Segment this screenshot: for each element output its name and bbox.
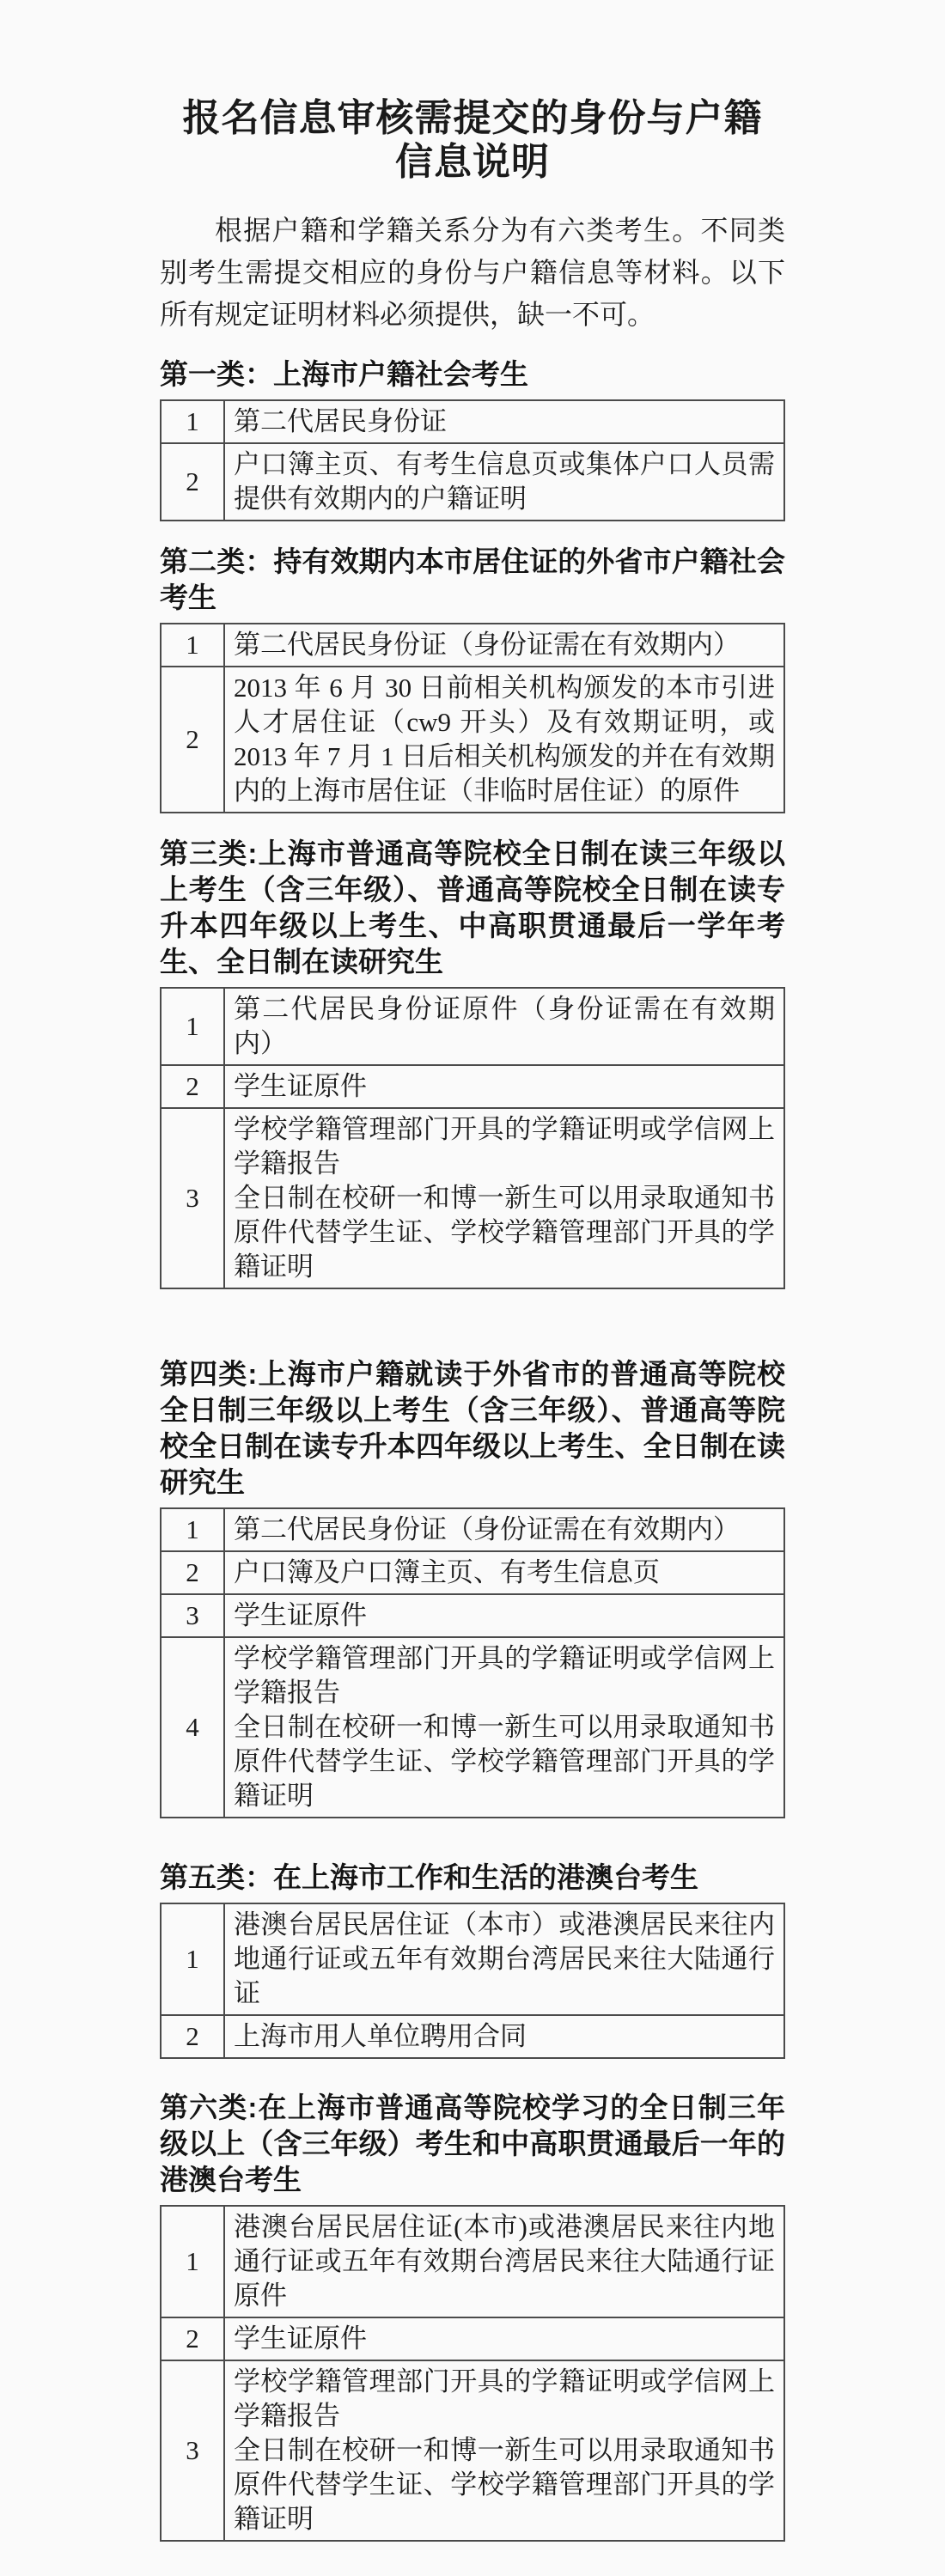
row-text-cell: 学校学籍管理部门开具的学籍证明或学信网上学籍报告全日制在校研一和博一新生可以用录…	[224, 1637, 784, 1818]
table-row: 2 学生证原件	[161, 1065, 784, 1108]
requirements-table-body: 1 第二代居民身份证（身份证需在有效期内） 2 户口簿及户口簿主页、有考生信息页…	[161, 1508, 784, 1818]
cell-line: 全日制在校研一和博一新生可以用录取通知书原件代替学生证、学校学籍管理部门开具的学…	[234, 1710, 775, 1813]
cell-line: 第二代居民身份证原件（身份证需在有效期内）	[234, 992, 775, 1061]
cell-line: 港澳台居民居住证（本市）或港澳居民来往内地通行证或五年有效期台湾居民来往大陆通行…	[234, 1908, 775, 2011]
sections-container: 第一类：上海市户籍社会考生 1 第二代居民身份证 2 户口簿主页、有考生信息页或…	[160, 356, 785, 2542]
row-text-cell: 学生证原件	[224, 2317, 784, 2360]
row-text-cell: 学校学籍管理部门开具的学籍证明或学信网上学籍报告全日制在校研一和博一新生可以用录…	[224, 2360, 784, 2541]
row-text-cell: 港澳台居民居住证（本市）或港澳居民来往内地通行证或五年有效期台湾居民来往大陆通行…	[224, 1903, 784, 2015]
page-title-line-2: 信息说明	[160, 140, 785, 184]
candidate-category-section-6: 第六类:在上海市普通高等院校学习的全日制三年级以上（含三年级）考生和中高职贯通最…	[160, 2090, 785, 2542]
row-text-cell: 港澳台居民居住证(本市)或港澳居民来往内地通行证或五年有效期台湾居民来往大陆通行…	[224, 2206, 784, 2317]
cell-line: 学生证原件	[234, 1069, 775, 1104]
table-row: 2 户口簿及户口簿主页、有考生信息页	[161, 1551, 784, 1594]
row-text-cell: 学生证原件	[224, 1594, 784, 1637]
row-number-cell: 1	[161, 988, 224, 1065]
page-title-line-1: 报名信息审核需提交的身份与户籍	[160, 96, 785, 140]
requirements-table: 1 港澳台居民居住证(本市)或港澳居民来往内地通行证或五年有效期台湾居民来往大陆…	[160, 2205, 785, 2542]
cell-line: 学校学籍管理部门开具的学籍证明或学信网上学籍报告	[234, 1641, 775, 1710]
cell-line: 港澳台居民居住证(本市)或港澳居民来往内地通行证或五年有效期台湾居民来往大陆通行…	[234, 2210, 775, 2313]
requirements-table-body: 1 第二代居民身份证原件（身份证需在有效期内） 2 学生证原件 3 学校学籍管理…	[161, 988, 784, 1288]
requirements-table: 1 第二代居民身份证（身份证需在有效期内） 2 2013 年 6 月 30 日前…	[160, 623, 785, 813]
requirements-table-body: 1 第二代居民身份证 2 户口簿主页、有考生信息页或集体户口人员需提供有效期内的…	[161, 400, 784, 521]
cell-line: 第二代居民身份证（身份证需在有效期内）	[234, 1513, 775, 1547]
row-number-cell: 1	[161, 400, 224, 443]
requirements-table-body: 1 港澳台居民居住证（本市）或港澳居民来往内地通行证或五年有效期台湾居民来往大陆…	[161, 1903, 784, 2058]
requirements-table: 1 第二代居民身份证 2 户口簿主页、有考生信息页或集体户口人员需提供有效期内的…	[160, 399, 785, 521]
row-number-cell: 2	[161, 1065, 224, 1108]
table-row: 2 2013 年 6 月 30 日前相关机构颁发的本市引进人才居住证（cw9 开…	[161, 667, 784, 813]
cell-line: 全日制在校研一和博一新生可以用录取通知书原件代替学生证、学校学籍管理部门开具的学…	[234, 2433, 775, 2536]
cell-line: 第二代居民身份证（身份证需在有效期内）	[234, 628, 775, 662]
table-row: 2 户口簿主页、有考生信息页或集体户口人员需提供有效期内的户籍证明	[161, 443, 784, 521]
row-number-cell: 3	[161, 1594, 224, 1637]
row-number-cell: 1	[161, 2206, 224, 2317]
row-text-cell: 学校学籍管理部门开具的学籍证明或学信网上学籍报告全日制在校研一和博一新生可以用录…	[224, 1108, 784, 1288]
section-heading: 第四类:上海市户籍就读于外省市的普通高等院校全日制三年级以上考生（含三年级）、普…	[160, 1356, 785, 1501]
table-row: 3 学校学籍管理部门开具的学籍证明或学信网上学籍报告全日制在校研一和博一新生可以…	[161, 2360, 784, 2541]
requirements-table-body: 1 第二代居民身份证（身份证需在有效期内） 2 2013 年 6 月 30 日前…	[161, 624, 784, 813]
requirements-table: 1 港澳台居民居住证（本市）或港澳居民来往内地通行证或五年有效期台湾居民来往大陆…	[160, 1903, 785, 2059]
requirements-table: 1 第二代居民身份证（身份证需在有效期内） 2 户口簿及户口簿主页、有考生信息页…	[160, 1507, 785, 1818]
cell-line: 第二代居民身份证	[234, 405, 775, 439]
cell-line: 2013 年 6 月 30 日前相关机构颁发的本市引进人才居住证（cw9 开头）…	[234, 671, 775, 808]
table-row: 1 第二代居民身份证原件（身份证需在有效期内）	[161, 988, 784, 1065]
table-row: 1 港澳台居民居住证(本市)或港澳居民来往内地通行证或五年有效期台湾居民来往大陆…	[161, 2206, 784, 2317]
row-number-cell: 1	[161, 1903, 224, 2015]
row-text-cell: 第二代居民身份证	[224, 400, 784, 443]
cell-line: 全日制在校研一和博一新生可以用录取通知书原件代替学生证、学校学籍管理部门开具的学…	[234, 1181, 775, 1284]
intro-paragraph: 根据户籍和学籍关系分为有六类考生。不同类别考生需提交相应的身份与户籍信息等材料。…	[160, 210, 785, 336]
row-number-cell: 3	[161, 1108, 224, 1288]
row-text-cell: 第二代居民身份证（身份证需在有效期内）	[224, 1508, 784, 1551]
candidate-category-section-3: 第三类:上海市普通高等院校全日制在读三年级以上考生（含三年级）、普通高等院校全日…	[160, 836, 785, 1289]
row-text-cell: 2013 年 6 月 30 日前相关机构颁发的本市引进人才居住证（cw9 开头）…	[224, 667, 784, 813]
row-number-cell: 2	[161, 2015, 224, 2058]
row-number-cell: 3	[161, 2360, 224, 2541]
cell-line: 学生证原件	[234, 1599, 775, 1633]
page-title: 报名信息审核需提交的身份与户籍 信息说明	[160, 96, 785, 184]
candidate-category-section-1: 第一类：上海市户籍社会考生 1 第二代居民身份证 2 户口簿主页、有考生信息页或…	[160, 356, 785, 521]
row-number-cell: 2	[161, 667, 224, 813]
table-row: 2 上海市用人单位聘用合同	[161, 2015, 784, 2058]
row-number-cell: 4	[161, 1637, 224, 1818]
cell-line: 户口簿及户口簿主页、有考生信息页	[234, 1556, 775, 1590]
section-heading: 第五类：在上海市工作和生活的港澳台考生	[160, 1860, 785, 1896]
table-row: 1 第二代居民身份证（身份证需在有效期内）	[161, 1508, 784, 1551]
table-row: 3 学生证原件	[161, 1594, 784, 1637]
row-text-cell: 第二代居民身份证（身份证需在有效期内）	[224, 624, 784, 667]
candidate-category-section-5: 第五类：在上海市工作和生活的港澳台考生 1 港澳台居民居住证（本市）或港澳居民来…	[160, 1860, 785, 2059]
section-heading: 第六类:在上海市普通高等院校学习的全日制三年级以上（含三年级）考生和中高职贯通最…	[160, 2090, 785, 2198]
row-text-cell: 学生证原件	[224, 1065, 784, 1108]
row-number-cell: 1	[161, 1508, 224, 1551]
row-number-cell: 2	[161, 1551, 224, 1594]
requirements-table: 1 第二代居民身份证原件（身份证需在有效期内） 2 学生证原件 3 学校学籍管理…	[160, 987, 785, 1289]
table-row: 2 学生证原件	[161, 2317, 784, 2360]
candidate-category-section-2: 第二类：持有效期内本市居住证的外省市户籍社会考生 1 第二代居民身份证（身份证需…	[160, 544, 785, 813]
document-page: 报名信息审核需提交的身份与户籍 信息说明 根据户籍和学籍关系分为有六类考生。不同…	[0, 0, 945, 2576]
row-number-cell: 1	[161, 624, 224, 667]
cell-line: 学生证原件	[234, 2322, 775, 2356]
row-text-cell: 第二代居民身份证原件（身份证需在有效期内）	[224, 988, 784, 1065]
cell-line: 上海市用人单位聘用合同	[234, 2019, 775, 2054]
cell-line: 学校学籍管理部门开具的学籍证明或学信网上学籍报告	[234, 2365, 775, 2433]
row-text-cell: 上海市用人单位聘用合同	[224, 2015, 784, 2058]
candidate-category-section-4: 第四类:上海市户籍就读于外省市的普通高等院校全日制三年级以上考生（含三年级）、普…	[160, 1356, 785, 1818]
section-heading: 第一类：上海市户籍社会考生	[160, 356, 785, 393]
row-number-cell: 2	[161, 2317, 224, 2360]
row-text-cell: 户口簿主页、有考生信息页或集体户口人员需提供有效期内的户籍证明	[224, 443, 784, 521]
section-heading: 第二类：持有效期内本市居住证的外省市户籍社会考生	[160, 544, 785, 616]
table-row: 4 学校学籍管理部门开具的学籍证明或学信网上学籍报告全日制在校研一和博一新生可以…	[161, 1637, 784, 1818]
table-row: 3 学校学籍管理部门开具的学籍证明或学信网上学籍报告全日制在校研一和博一新生可以…	[161, 1108, 784, 1288]
requirements-table-body: 1 港澳台居民居住证(本市)或港澳居民来往内地通行证或五年有效期台湾居民来往大陆…	[161, 2206, 784, 2541]
cell-line: 户口簿主页、有考生信息页或集体户口人员需提供有效期内的户籍证明	[234, 448, 775, 516]
table-row: 1 港澳台居民居住证（本市）或港澳居民来往内地通行证或五年有效期台湾居民来往大陆…	[161, 1903, 784, 2015]
table-row: 1 第二代居民身份证	[161, 400, 784, 443]
cell-line: 学校学籍管理部门开具的学籍证明或学信网上学籍报告	[234, 1112, 775, 1181]
table-row: 1 第二代居民身份证（身份证需在有效期内）	[161, 624, 784, 667]
section-heading: 第三类:上海市普通高等院校全日制在读三年级以上考生（含三年级）、普通高等院校全日…	[160, 836, 785, 980]
row-number-cell: 2	[161, 443, 224, 521]
row-text-cell: 户口簿及户口簿主页、有考生信息页	[224, 1551, 784, 1594]
